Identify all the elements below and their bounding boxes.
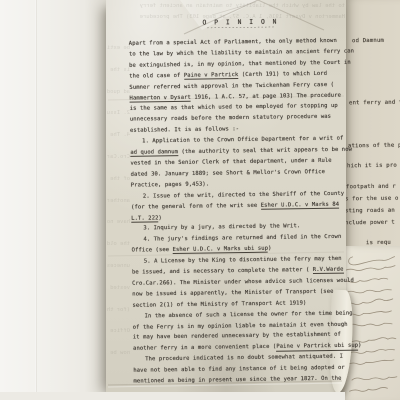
bleedthrough-text-margin: be extinguished is, in my opinion, that … [107, 38, 130, 373]
backing-bottom-strip [0, 392, 345, 400]
backing-seam [35, 0, 37, 400]
typed-fragment: ations of the p [348, 143, 400, 150]
typed-fragment: od Damnum [352, 38, 384, 44]
typed-text-block: O P I N I O N ------------------- Apart … [128, 16, 357, 387]
typed-fragment: ent ferry and t [349, 100, 400, 107]
backing-sheet [0, 0, 112, 400]
typed-lines: Apart from a special Act of Parliament, … [129, 35, 358, 387]
document-scan: od Damnument ferry and tations of the ph… [0, 0, 400, 400]
